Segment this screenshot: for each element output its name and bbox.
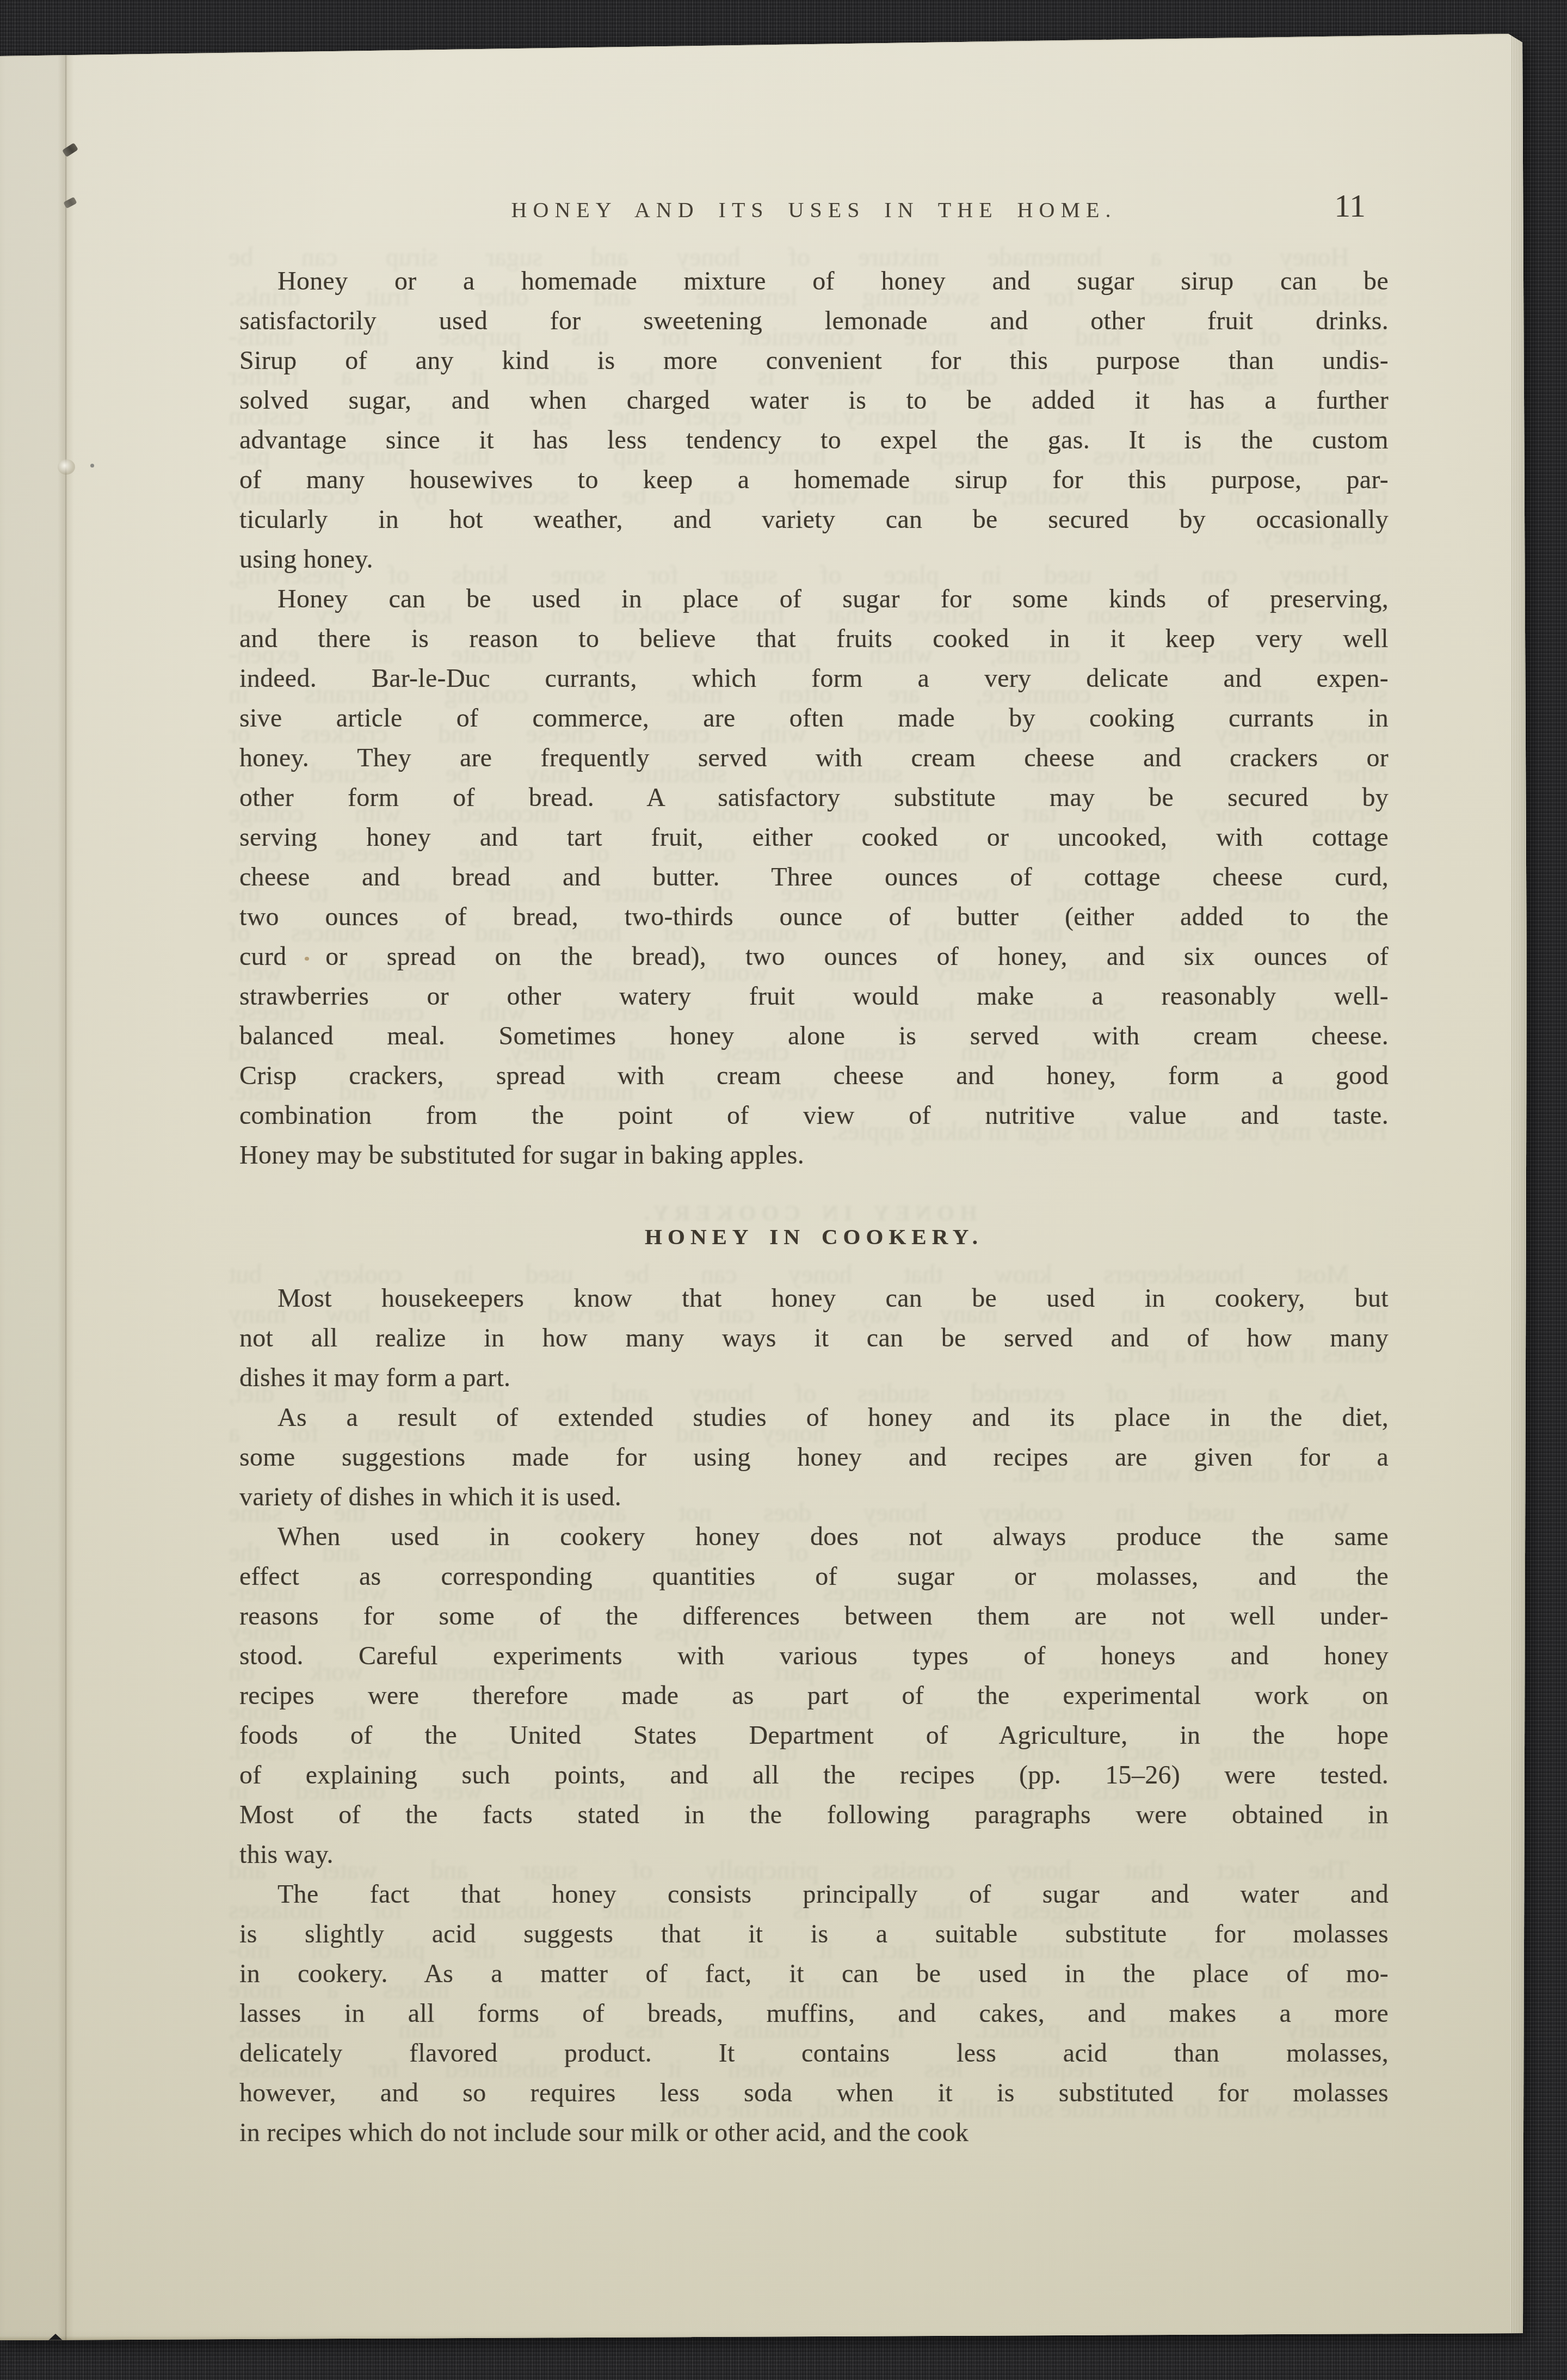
- text-line: foods of the United States Department of…: [239, 1715, 1389, 1755]
- text-line: two ounces of bread, two-thirds ounce of…: [239, 897, 1389, 937]
- text-line: recipes were therefore made as part of t…: [239, 1676, 1389, 1715]
- text-line: Sirup of any kind is more convenient for…: [239, 341, 1389, 380]
- page-sheet: Honey or a homemade mixture of honey and…: [0, 0, 1530, 2345]
- running-head: HONEY AND ITS USES IN THE HOME.: [239, 197, 1389, 223]
- text-line: Most housekeepers know that honey can be…: [239, 1278, 1389, 1318]
- text-line: of many housewives to keep a homemade si…: [239, 460, 1389, 500]
- text-line: Crisp crackers, spread with cream cheese…: [239, 1056, 1389, 1096]
- gutter-bottom-notch: [48, 2334, 63, 2341]
- text-line: As a result of extended studies of honey…: [239, 1398, 1389, 1437]
- body-paragraph: The fact that honey consists principally…: [239, 1874, 1389, 2153]
- text-line: combination from the point of view of nu…: [239, 1096, 1389, 1135]
- body-paragraph: As a result of extended studies of honey…: [239, 1398, 1389, 1517]
- text-line: effect as corresponding quantities of su…: [239, 1557, 1389, 1596]
- text-line: indeed. Bar-le-Duc currants, which form …: [239, 659, 1389, 698]
- section-heading: HONEY IN COOKERY.: [239, 1224, 1389, 1249]
- text-line: stood. Careful experiments with various …: [239, 1636, 1389, 1676]
- gutter-crease: [58, 53, 74, 2340]
- text-line: other form of bread. A satisfactory subs…: [239, 778, 1389, 817]
- text-line: lasses in all forms of breads, muffins, …: [239, 1994, 1389, 2033]
- page-bottom-edge: [0, 2336, 1523, 2342]
- text-line: Most of the facts stated in the followin…: [239, 1795, 1389, 1835]
- text-line: strawberries or other watery fruit would…: [239, 976, 1389, 1016]
- text-line: not all realize in how many ways it can …: [239, 1318, 1389, 1358]
- text-line: delicately flavored product. It contains…: [239, 2033, 1389, 2073]
- fore-edge-page-stack: [1510, 32, 1530, 2345]
- text-line: in recipes which do not include sour mil…: [239, 2113, 1389, 2153]
- text-line: honey. They are frequently served with c…: [239, 738, 1389, 778]
- text-line: reasons for some of the differences betw…: [239, 1596, 1389, 1636]
- text-line: is slightly acid suggests that it is a s…: [239, 1914, 1389, 1954]
- text-line: and there is reason to believe that frui…: [239, 619, 1389, 659]
- text-line: in cookery. As a matter of fact, it can …: [239, 1954, 1389, 1994]
- page-wrap: Honey or a homemade mixture of honey and…: [0, 0, 1567, 2380]
- text-line: using honey.: [239, 539, 1389, 579]
- gutter-shade: [0, 54, 64, 2340]
- text-line: cheese and bread and butter. Three ounce…: [239, 857, 1389, 897]
- text-line: curd or spread on the bread), two ounces…: [239, 937, 1389, 976]
- text-line: sive article of commerce, are often made…: [239, 698, 1389, 738]
- paper-speck: [90, 464, 94, 468]
- text-line: of explaining such points, and all the r…: [239, 1755, 1389, 1795]
- body-paragraph: Honey or a homemade mixture of honey and…: [239, 261, 1389, 579]
- body-paragraph: Most housekeepers know that honey can be…: [239, 1278, 1389, 1398]
- text-line: solved sugar, and when charged water is …: [239, 380, 1389, 420]
- text-line: Honey or a homemade mixture of honey and…: [239, 261, 1389, 301]
- text-line: Honey can be used in place of sugar for …: [239, 579, 1389, 619]
- stitch-hole: [58, 459, 75, 475]
- text-line: this way.: [239, 1835, 1389, 1874]
- text-line: When used in cookery honey does not alwa…: [239, 1517, 1389, 1557]
- body-text: Honey or a homemade mixture of honey and…: [239, 261, 1389, 2153]
- text-line: however, and so requires less soda when …: [239, 2073, 1389, 2113]
- body-paragraph: When used in cookery honey does not alwa…: [239, 1517, 1389, 1874]
- text-line: some suggestions made for using honey an…: [239, 1437, 1389, 1477]
- text-line: satisfactorily used for sweetening lemon…: [239, 301, 1389, 341]
- text-line: advantage since it has less tendency to …: [239, 420, 1389, 460]
- page-number: 11: [1295, 188, 1366, 223]
- text-line: ticularly in hot weather, and variety ca…: [239, 500, 1389, 539]
- text-line: dishes it may form a part.: [239, 1358, 1389, 1398]
- text-line: serving honey and tart fruit, either coo…: [239, 817, 1389, 857]
- scanned-book-page: Honey or a homemade mixture of honey and…: [0, 0, 1567, 2380]
- text-line: Honey may be substituted for sugar in ba…: [239, 1135, 1389, 1175]
- body-paragraph: Honey can be used in place of sugar for …: [239, 579, 1389, 1175]
- text-line: variety of dishes in which it is used.: [239, 1477, 1389, 1517]
- text-line: balanced meal. Sometimes honey alone is …: [239, 1016, 1389, 1056]
- text-line: The fact that honey consists principally…: [239, 1874, 1389, 1914]
